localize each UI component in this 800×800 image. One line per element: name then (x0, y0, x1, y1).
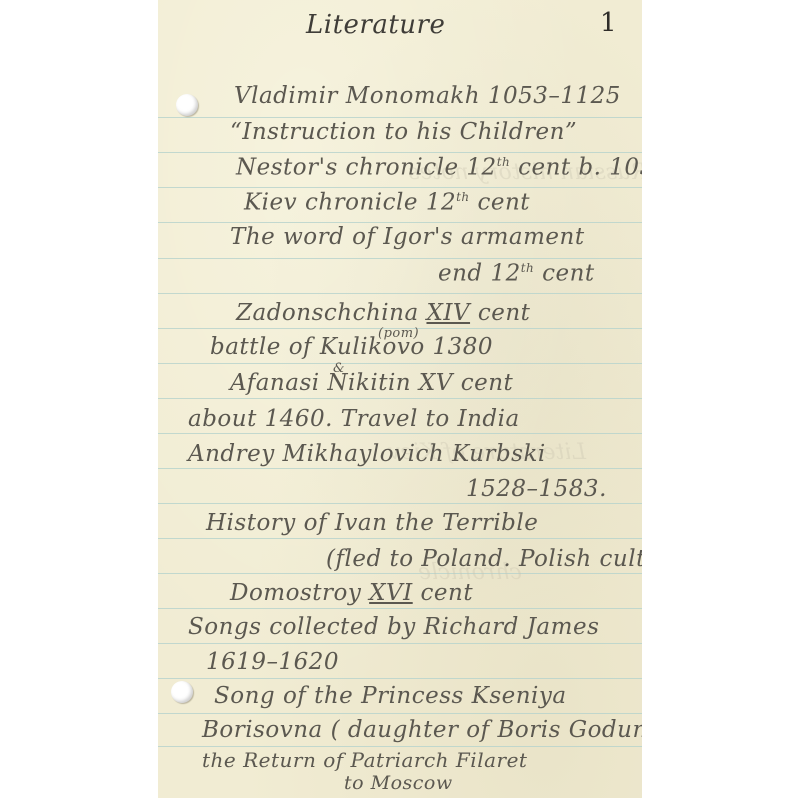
entry-end-12th-cent: end 12th cent (438, 262, 595, 286)
entry-tail: cent (534, 261, 594, 287)
ruled-line (158, 468, 642, 469)
entry-tail: cent (413, 580, 473, 606)
entry-song-princess: Song of the Princess Kseniya (214, 685, 567, 708)
ordinal-suffix: th (497, 155, 511, 169)
punch-hole-bottom (171, 681, 193, 703)
entry-travel-to-india: about 1460. Travel to India (188, 408, 520, 431)
ordinal-suffix: th (521, 261, 535, 275)
ruled-line (158, 363, 642, 364)
entry-to-moscow: to Moscow (344, 774, 453, 793)
card-title: Literature (306, 12, 445, 38)
page-number: 1 (600, 10, 617, 36)
entry-text: Nestor's chronicle 12 (236, 155, 497, 181)
entry-tail: cent (470, 300, 530, 326)
entry-text: Domostroy (230, 580, 369, 606)
entry-text: Zadonschchina (236, 300, 426, 326)
entry-vladimir-monomakh: Vladimir Monomakh 1053–1125 (234, 85, 621, 108)
entry-domostroy: Domostroy XVI cent (230, 582, 473, 605)
ruled-line (158, 187, 642, 188)
entry-andrey-kurbski: Andrey Mikhaylovich Kurbski (188, 443, 546, 466)
ruled-line (158, 117, 642, 118)
entry-return-filaret: the Return of Patriarch Filaret (202, 750, 527, 770)
ruled-line (158, 608, 642, 609)
entry-nestor-chronicle: Nestor's chronicle 12th cent b. 1056 (236, 156, 642, 180)
ruled-line (158, 152, 642, 153)
entry-zadonschina: Zadonschchina XIV cent (236, 302, 530, 325)
entry-text: Kiev chronicle 12 (244, 190, 456, 216)
index-card: Russian history notes Literature of Kiev… (158, 0, 642, 798)
entry-tail: cent (470, 190, 530, 216)
ruled-line (158, 258, 642, 259)
entry-igor-armament: The word of Igor's armament (230, 226, 585, 249)
entry-kiev-chronicle: Kiev chronicle 12th cent (244, 191, 530, 215)
entry-songs-dates: 1619–1620 (206, 651, 339, 674)
ordinal-suffix: th (456, 190, 470, 204)
ruled-line (158, 222, 642, 223)
ruled-line (158, 643, 642, 644)
entry-kurbski-dates: 1528–1583. (466, 478, 607, 501)
entry-tail: cent b. 1056 (510, 155, 642, 181)
entry-instruction: “Instruction to his Children” (230, 121, 577, 144)
ruled-line (158, 293, 642, 294)
entry-battle-kulikovo: battle of Kulikovo 1380 (210, 336, 493, 359)
century-numeral: XIV (426, 300, 470, 326)
century-numeral: XVI (369, 580, 413, 606)
ruled-line (158, 398, 642, 399)
entry-borisovna: Borisovna ( daughter of Boris Godunov) (202, 719, 642, 742)
entry-text: end 12 (438, 261, 521, 287)
entry-songs-richard-james: Songs collected by Richard James (188, 616, 599, 639)
entry-history-ivan: History of Ivan the Terrible (206, 512, 538, 535)
entry-fled-to-poland: (fled to Poland. Polish culture) (326, 548, 642, 571)
ruled-line (158, 713, 642, 714)
ruled-line (158, 573, 642, 574)
ruled-line (158, 538, 642, 539)
punch-hole-top (176, 94, 198, 116)
entry-afanasi-nikitin: Afanasi Nikitin XV cent (230, 372, 513, 395)
ruled-line (158, 433, 642, 434)
ruled-line (158, 503, 642, 504)
ruled-line (158, 678, 642, 679)
ruled-line (158, 746, 642, 747)
